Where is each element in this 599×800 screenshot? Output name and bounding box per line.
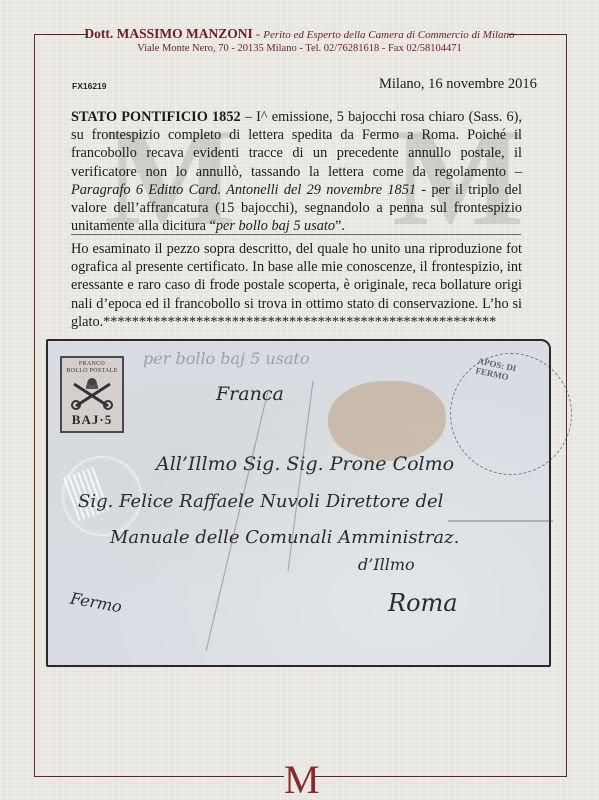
certificate-reference: FX16219 (72, 81, 107, 91)
monogram-seal: M (284, 760, 314, 800)
description-text: ”. (335, 218, 345, 234)
pen-strokes (48, 341, 553, 669)
inscription-text: per bollo baj 5 usato (216, 218, 335, 234)
letterhead: Dott. MASSIMO MANZONI - Perito ed Espert… (0, 26, 599, 42)
expert-title: Perito ed Esperto della Camera di Commer… (263, 29, 514, 41)
item-title: STATO PONTIFICIO 1852 (71, 109, 241, 125)
header-separator: - (253, 27, 263, 41)
item-description: STATO PONTIFICIO 1852 – I^ emissione, 5 … (71, 108, 522, 235)
expert-opinion: Ho esaminato il pezzo sopra descritto, d… (71, 240, 522, 331)
expert-address: Viale Monte Nero, 70 - 20135 Milano - Te… (0, 43, 599, 54)
expert-name: Dott. MASSIMO MANZONI (84, 26, 252, 41)
divider (71, 234, 521, 235)
place-date: Milano, 16 novembre 2016 (379, 76, 537, 93)
regulation-reference: Paragrafo 6 Editto Card. Antonelli del 2… (71, 182, 416, 198)
letter-front-photo: FRANCO BOLLO POSTALE BAJ·5 per bollo baj… (46, 339, 551, 667)
